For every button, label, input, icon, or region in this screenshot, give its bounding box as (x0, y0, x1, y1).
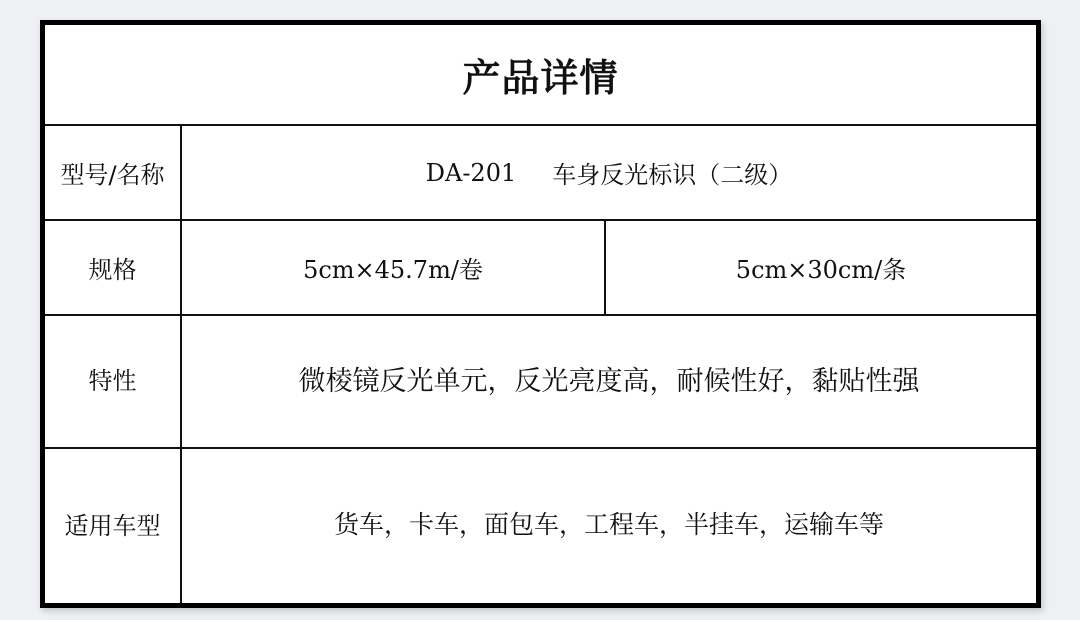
spec-label: 规格 (45, 221, 182, 314)
features-value: 微棱镜反光单元，反光亮度高，耐候性好，黏贴性强 (182, 316, 1036, 447)
features-label: 特性 (45, 316, 182, 447)
spec-value-strip: 5cm×30cm/条 (606, 221, 1036, 314)
model-value: DA-201 车身反光标识（二级） (182, 126, 1036, 219)
product-details-table: 产品详情 型号/名称 DA-201 车身反光标识（二级） 规格 5cm×45.7… (40, 20, 1041, 608)
table-title: 产品详情 (462, 47, 618, 102)
vehicles-row: 适用车型 货车，卡车，面包车，工程车，半挂车，运输车等 (45, 449, 1036, 603)
model-code: DA-201 (426, 159, 517, 187)
spec-value-roll: 5cm×45.7m/卷 (182, 221, 606, 314)
title-row: 产品详情 (45, 25, 1036, 126)
model-name: 车身反光标识（二级） (552, 155, 792, 190)
vehicles-value: 货车，卡车，面包车，工程车，半挂车，运输车等 (182, 449, 1036, 603)
spec-row: 规格 5cm×45.7m/卷 5cm×30cm/条 (45, 221, 1036, 316)
model-label: 型号/名称 (45, 126, 182, 219)
model-row: 型号/名称 DA-201 车身反光标识（二级） (45, 126, 1036, 221)
vehicles-label: 适用车型 (45, 449, 182, 603)
features-row: 特性 微棱镜反光单元，反光亮度高，耐候性好，黏贴性强 (45, 316, 1036, 449)
